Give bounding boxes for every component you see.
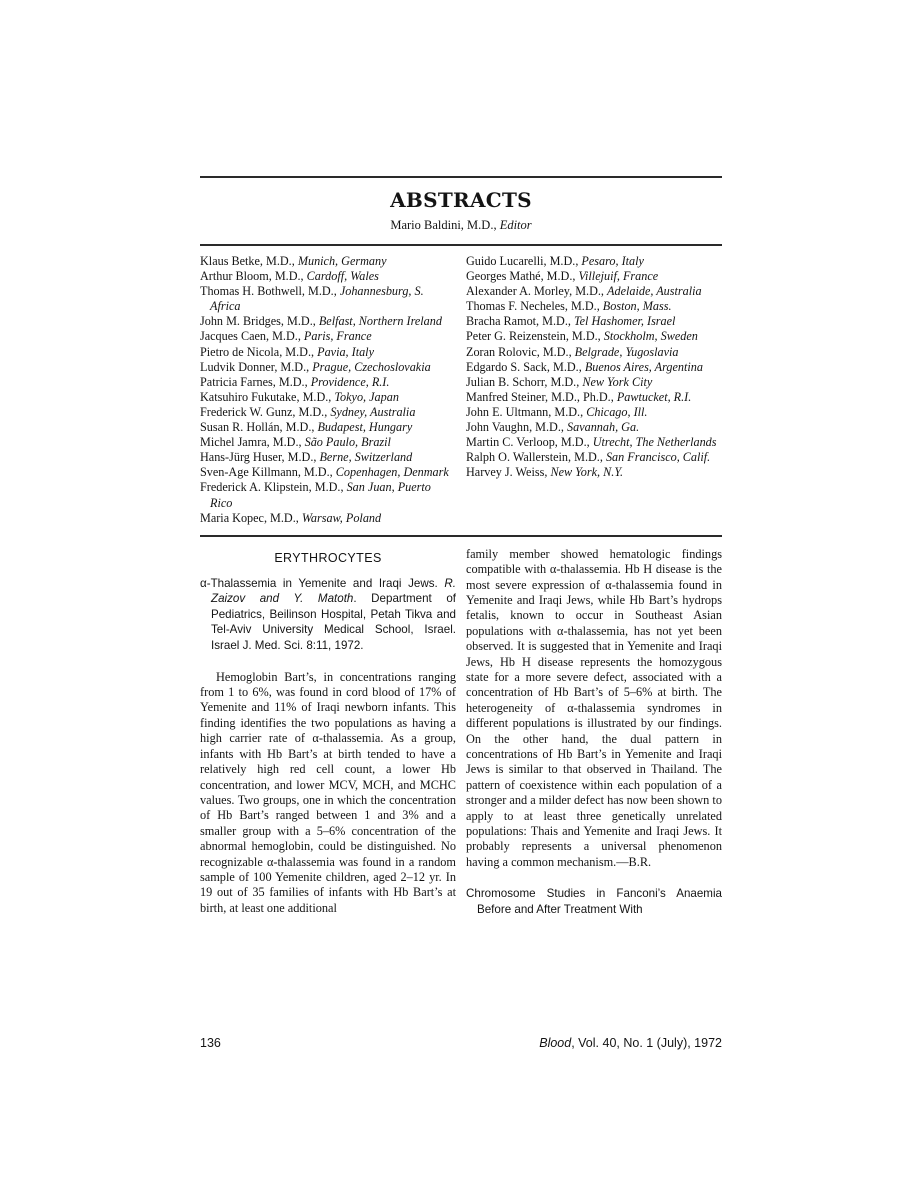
section-heading: ERYTHROCYTES — [200, 550, 456, 566]
board-rule — [200, 535, 722, 537]
member-name: Thomas F. Necheles, M.D., — [466, 299, 603, 313]
member-name: Guido Lucarelli, M.D., — [466, 254, 581, 268]
board-member: Bracha Ramot, M.D., Tel Hashomer, Israel — [466, 314, 722, 329]
board-member: Frederick A. Klipstein, M.D., San Juan, … — [200, 480, 456, 510]
member-location: Belfast, Northern Ireland — [319, 314, 442, 328]
next-article-title: Chromosome Studies in Fanconi’s Anaemia … — [466, 886, 722, 917]
member-location: San Francisco, Calif. — [606, 450, 710, 464]
member-location: São Paulo, Brazil — [305, 435, 391, 449]
member-location: Stockholm, Sweden — [604, 329, 698, 343]
abstracts-page: ABSTRACTS Mario Baldini, M.D., Editor Kl… — [200, 176, 722, 917]
editor-line: Mario Baldini, M.D., Editor — [200, 217, 722, 233]
board-member: Pietro de Nicola, M.D., Pavia, Italy — [200, 345, 456, 360]
member-location: Chicago, Ill. — [586, 405, 647, 419]
member-location: Tokyo, Japan — [334, 390, 399, 404]
body-column-left: ERYTHROCYTES α-Thalassemia in Yemenite a… — [200, 547, 456, 918]
editor-name: Mario Baldini, M.D., — [390, 218, 499, 232]
article-title: α-Thalassemia in Yemenite and Iraqi Jews… — [200, 577, 444, 590]
page-number: 136 — [200, 1036, 221, 1050]
member-location: Warsaw, Poland — [302, 511, 381, 525]
member-location: Cardoff, Wales — [307, 269, 379, 283]
board-member: Julian B. Schorr, M.D., New York City — [466, 375, 722, 390]
member-location: Savannah, Ga. — [567, 420, 639, 434]
board-member: John Vaughn, M.D., Savannah, Ga. — [466, 420, 722, 435]
member-location: Prague, Czechoslovakia — [312, 360, 430, 374]
board-member: Peter G. Reizenstein, M.D., Stockholm, S… — [466, 329, 722, 344]
member-location: Pesaro, Italy — [581, 254, 644, 268]
member-name: John E. Ultmann, M.D., — [466, 405, 586, 419]
body-column-right: family member showed hematologic finding… — [466, 547, 722, 918]
member-location: Adelaide, Australia — [607, 284, 702, 298]
member-name: John M. Bridges, M.D., — [200, 314, 319, 328]
member-location: Providence, R.I. — [311, 375, 390, 389]
member-name: Martin C. Verloop, M.D., — [466, 435, 593, 449]
member-location: Buenos Aires, Argentina — [585, 360, 703, 374]
board-member: Katsuhiro Fukutake, M.D., Tokyo, Japan — [200, 390, 456, 405]
header-rule — [200, 244, 722, 246]
member-location: Sydney, Australia — [330, 405, 415, 419]
member-name: Michel Jamra, M.D., — [200, 435, 305, 449]
board-member: Zoran Rolovic, M.D., Belgrade, Yugoslavi… — [466, 345, 722, 360]
member-location: Villejuif, France — [579, 269, 659, 283]
journal-citation: Blood, Vol. 40, No. 1 (July), 1972 — [539, 1036, 722, 1050]
member-location: Copenhagen, Denmark — [336, 465, 449, 479]
article-citation: α-Thalassemia in Yemenite and Iraqi Jews… — [200, 576, 456, 654]
board-member: Manfred Steiner, M.D., Ph.D., Pawtucket,… — [466, 390, 722, 405]
member-location: Boston, Mass. — [603, 299, 672, 313]
article-body-right: family member showed hematologic finding… — [466, 547, 722, 871]
board-member: Patricia Farnes, M.D., Providence, R.I. — [200, 375, 456, 390]
member-name: Peter G. Reizenstein, M.D., — [466, 329, 604, 343]
member-location: Munich, Germany — [298, 254, 387, 268]
member-location: Tel Hashomer, Israel — [574, 314, 675, 328]
member-name: Maria Kopec, M.D., — [200, 511, 302, 525]
member-name: Klaus Betke, M.D., — [200, 254, 298, 268]
board-member: Hans-Jürg Huser, M.D., Berne, Switzerlan… — [200, 450, 456, 465]
board-member: Maria Kopec, M.D., Warsaw, Poland — [200, 511, 456, 526]
member-name: Manfred Steiner, M.D., Ph.D., — [466, 390, 617, 404]
board-member: Frederick W. Gunz, M.D., Sydney, Austral… — [200, 405, 456, 420]
board-member: Guido Lucarelli, M.D., Pesaro, Italy — [466, 254, 722, 269]
member-location: Belgrade, Yugoslavia — [575, 345, 679, 359]
member-name: Katsuhiro Fukutake, M.D., — [200, 390, 334, 404]
board-member: Thomas F. Necheles, M.D., Boston, Mass. — [466, 299, 722, 314]
member-name: Sven-Age Killmann, M.D., — [200, 465, 336, 479]
article-body-left: Hemoglobin Bart’s, in concentrations ran… — [200, 670, 456, 917]
member-name: Jacques Caen, M.D., — [200, 329, 304, 343]
board-member: Ralph O. Wallerstein, M.D., San Francisc… — [466, 450, 722, 465]
member-name: Frederick W. Gunz, M.D., — [200, 405, 330, 419]
member-name: Frederick A. Klipstein, M.D., — [200, 480, 347, 494]
member-location: New York, N.Y. — [550, 465, 623, 479]
member-location: Pavia, Italy — [317, 345, 374, 359]
member-name: Zoran Rolovic, M.D., — [466, 345, 575, 359]
board-member: Edgardo S. Sack, M.D., Buenos Aires, Arg… — [466, 360, 722, 375]
member-name: Thomas H. Bothwell, M.D., — [200, 284, 340, 298]
board-member: Martin C. Verloop, M.D., Utrecht, The Ne… — [466, 435, 722, 450]
board-member: Alexander A. Morley, M.D., Adelaide, Aus… — [466, 284, 722, 299]
member-name: Georges Mathé, M.D., — [466, 269, 579, 283]
board-member: Arthur Bloom, M.D., Cardoff, Wales — [200, 269, 456, 284]
board-member: Georges Mathé, M.D., Villejuif, France — [466, 269, 722, 284]
member-location: Utrecht, The Netherlands — [593, 435, 717, 449]
editorial-board: Klaus Betke, M.D., Munich, GermanyArthur… — [200, 254, 722, 526]
journal-name: Blood — [539, 1036, 571, 1050]
page-title: ABSTRACTS — [200, 189, 722, 211]
board-member: Michel Jamra, M.D., São Paulo, Brazil — [200, 435, 456, 450]
member-name: Alexander A. Morley, M.D., — [466, 284, 607, 298]
board-member: Klaus Betke, M.D., Munich, Germany — [200, 254, 456, 269]
board-member: Thomas H. Bothwell, M.D., Johannesburg, … — [200, 284, 456, 314]
member-name: Hans-Jürg Huser, M.D., — [200, 450, 319, 464]
member-name: Harvey J. Weiss, — [466, 465, 550, 479]
member-name: Patricia Farnes, M.D., — [200, 375, 311, 389]
board-member: Ludvik Donner, M.D., Prague, Czechoslova… — [200, 360, 456, 375]
top-rule — [200, 176, 722, 178]
board-member: Jacques Caen, M.D., Paris, France — [200, 329, 456, 344]
member-name: Edgardo S. Sack, M.D., — [466, 360, 585, 374]
page-footer: 136 Blood, Vol. 40, No. 1 (July), 1972 — [200, 1036, 722, 1050]
member-name: Julian B. Schorr, M.D., — [466, 375, 582, 389]
editor-role: Editor — [500, 218, 532, 232]
member-location: Pawtucket, R.I. — [617, 390, 691, 404]
member-name: John Vaughn, M.D., — [466, 420, 567, 434]
member-name: Bracha Ramot, M.D., — [466, 314, 574, 328]
member-location: Paris, France — [304, 329, 372, 343]
member-name: Arthur Bloom, M.D., — [200, 269, 307, 283]
board-column-left: Klaus Betke, M.D., Munich, GermanyArthur… — [200, 254, 456, 526]
board-member: Susan R. Hollán, M.D., Budapest, Hungary — [200, 420, 456, 435]
journal-issue: , Vol. 40, No. 1 (July), 1972 — [571, 1036, 722, 1050]
member-name: Ludvik Donner, M.D., — [200, 360, 312, 374]
member-name: Susan R. Hollán, M.D., — [200, 420, 317, 434]
abstract-body: ERYTHROCYTES α-Thalassemia in Yemenite a… — [200, 547, 722, 918]
member-name: Pietro de Nicola, M.D., — [200, 345, 317, 359]
member-location: Berne, Switzerland — [319, 450, 412, 464]
board-column-right: Guido Lucarelli, M.D., Pesaro, ItalyGeor… — [466, 254, 722, 526]
member-location: Budapest, Hungary — [317, 420, 412, 434]
board-member: Sven-Age Killmann, M.D., Copenhagen, Den… — [200, 465, 456, 480]
board-member: John E. Ultmann, M.D., Chicago, Ill. — [466, 405, 722, 420]
member-location: New York City — [582, 375, 652, 389]
board-member: Harvey J. Weiss, New York, N.Y. — [466, 465, 722, 480]
board-member: John M. Bridges, M.D., Belfast, Northern… — [200, 314, 456, 329]
member-name: Ralph O. Wallerstein, M.D., — [466, 450, 606, 464]
